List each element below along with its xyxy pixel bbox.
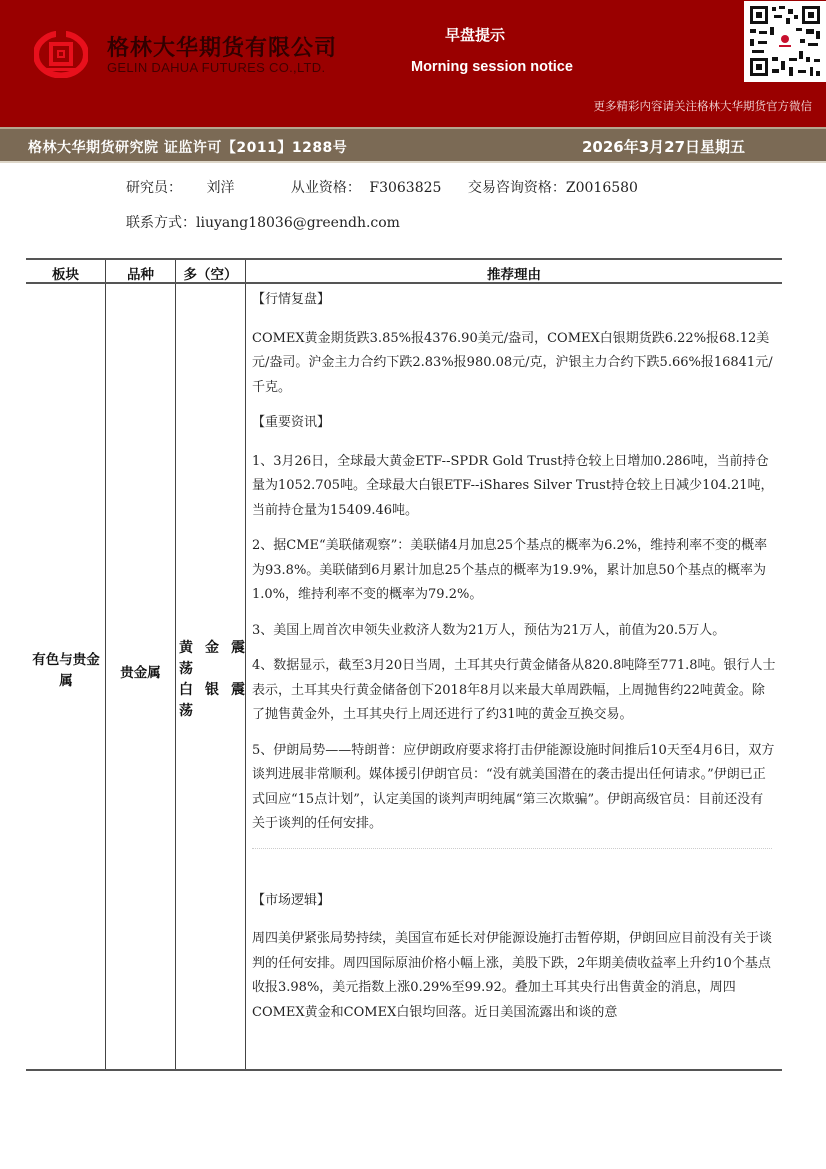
consult-qualification-label: 交易咨询资格： bbox=[468, 177, 566, 197]
variety-cell: 贵金属 bbox=[106, 661, 175, 681]
wechat-qr-code-icon bbox=[744, 1, 826, 82]
consult-qualification-value: Z0016580 bbox=[566, 180, 638, 196]
researcher-label: 研究员： bbox=[126, 177, 182, 197]
section-title-market-logic: 【市场逻辑】 bbox=[252, 889, 776, 914]
table-header-row: 板块 品种 多（空） 推荐理由 bbox=[26, 260, 782, 284]
news-item: 3、美国上周首次申领失业救济人数为21万人，预估为21万人，前值为20.5万人。 bbox=[252, 619, 776, 644]
direction-line: 白银震 bbox=[179, 680, 245, 701]
company-name-cn: 格林大华期货有限公司 bbox=[107, 31, 337, 62]
direction-line: 荡 bbox=[179, 659, 245, 680]
institute-band: 格林大华期货研究院 证监许可【2011】1288号 2026年3月27日星期五 bbox=[0, 127, 826, 163]
researcher-line: 研究员： 刘洋 从业资格： F3063825 交易咨询资格：Z0016580 bbox=[126, 177, 638, 197]
header-reason: 推荐理由 bbox=[246, 263, 782, 283]
header-sector: 板块 bbox=[26, 263, 105, 283]
contact-label: 联系方式： bbox=[126, 212, 196, 232]
reason-cell: 【行情复盘】 COMEX黄金期货跌3.85%报4376.90美元/盎司，COME… bbox=[252, 288, 776, 1036]
news-item: 4、数据显示，截至3月20日当周，土耳其央行黄金储备从820.8吨降至771.8… bbox=[252, 654, 776, 728]
news-item: 1、3月26日，全球最大黄金ETF--SPDR Gold Trust持仓较上日增… bbox=[252, 450, 776, 524]
dotted-separator bbox=[252, 848, 772, 849]
contact-email[interactable]: liuyang18036@greendh.com bbox=[196, 215, 400, 231]
market-logic-paragraph: 周四美伊紧张局势持续，美国宣布延长对伊能源设施打击暂停期，伊朗回应目前没有关于谈… bbox=[252, 927, 776, 1025]
direction-line: 荡 bbox=[179, 701, 245, 722]
recommendation-table: 板块 品种 多（空） 推荐理由 有色与贵金属 贵金属 黄金震 荡 白银震 荡 【… bbox=[26, 258, 782, 1071]
report-date: 2026年3月27日星期五 bbox=[582, 136, 745, 157]
header-direction: 多（空） bbox=[176, 263, 245, 283]
news-item: 5、伊朗局势——特朗普：应伊朗政府要求将打击伊能源设施时间推后10天至4月6日，… bbox=[252, 739, 776, 837]
report-title-en: Morning session notice bbox=[411, 59, 573, 75]
column-divider bbox=[245, 260, 246, 1069]
news-item: 2、据CME“美联储观察”：美联储4月加息25个基点的概率为6.2%，维持利率不… bbox=[252, 534, 776, 608]
market-review-paragraph: COMEX黄金期货跌3.85%报4376.90美元/盎司，COMEX白银期货跌6… bbox=[252, 327, 776, 401]
qualification-label: 从业资格： bbox=[291, 177, 361, 197]
contact-line: 联系方式：liuyang18036@greendh.com bbox=[126, 212, 400, 232]
report-header: 格林大华期货有限公司 GELIN DAHUA FUTURES CO.,LTD. … bbox=[0, 0, 826, 127]
report-title-cn: 早盘提示 bbox=[445, 24, 505, 45]
company-name-en: GELIN DAHUA FUTURES CO.,LTD. bbox=[107, 60, 325, 75]
header-variety: 品种 bbox=[106, 263, 175, 283]
company-logo-icon bbox=[34, 31, 88, 78]
direction-line: 黄金震 bbox=[179, 638, 245, 659]
qualification-value: F3063825 bbox=[369, 180, 441, 196]
column-divider bbox=[175, 260, 176, 1069]
researcher-name: 刘洋 bbox=[206, 177, 234, 197]
sector-cell: 有色与贵金属 bbox=[32, 650, 100, 692]
section-title-key-news: 【重要资讯】 bbox=[252, 411, 776, 436]
wechat-follow-note: 更多精彩内容请关注格林大华期货官方微信 bbox=[594, 98, 813, 114]
section-title-market-review: 【行情复盘】 bbox=[252, 288, 776, 313]
direction-cell: 黄金震 荡 白银震 荡 bbox=[179, 638, 245, 722]
institute-license: 格林大华期货研究院 证监许可【2011】1288号 bbox=[28, 137, 347, 157]
